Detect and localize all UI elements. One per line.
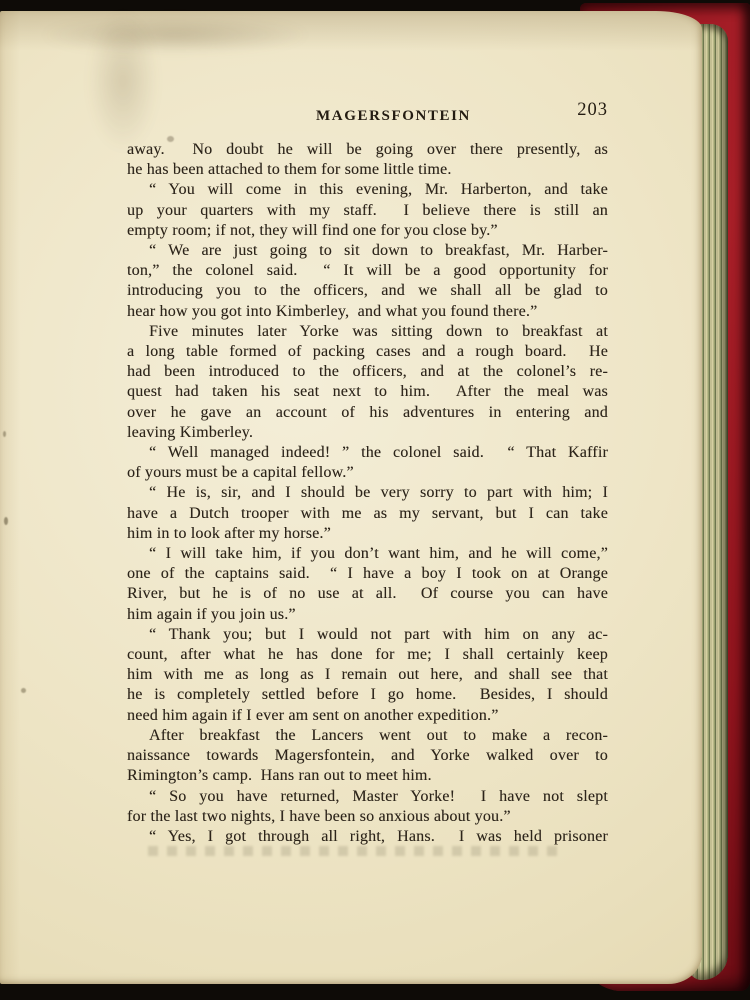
running-head: MAGERSFONTEIN 203	[127, 105, 608, 129]
text-line: hear how you got into Kimberley, and wha…	[127, 302, 608, 322]
scanned-book-photo: MAGERSFONTEIN 203 away. No doubt he will…	[0, 0, 750, 1000]
text-line: had been introduced to the officers, and…	[127, 362, 608, 382]
text-line: he is completely settled before I go hom…	[127, 685, 608, 705]
text-line: ton,” the colonel said. “ It will be a g…	[127, 261, 608, 281]
text-line: have a Dutch trooper with me as my serva…	[127, 504, 608, 524]
text-line: for the last two nights, I have been so …	[127, 807, 608, 827]
text-line: up your quarters with my staff. I believ…	[127, 201, 608, 221]
text-line: “ We are just going to sit down to break…	[127, 241, 608, 261]
chapter-running-title: MAGERSFONTEIN	[316, 108, 471, 125]
text-line: After breakfast the Lancers went out to …	[127, 726, 608, 746]
text-line: leaving Kimberley.	[127, 423, 608, 443]
book-page: MAGERSFONTEIN 203 away. No doubt he will…	[0, 11, 702, 984]
text-line: “ So you have returned, Master Yorke! I …	[127, 787, 608, 807]
page-shadow	[40, 16, 310, 54]
text-line: over he gave an account of his adventure…	[127, 403, 608, 423]
ink-spot	[4, 517, 8, 525]
body-text: away. No doubt he will be going over the…	[127, 140, 608, 847]
page-shadow	[88, 11, 158, 151]
page-number: 203	[577, 100, 608, 121]
text-line: “ Yes, I got through all right, Hans. I …	[127, 827, 608, 847]
text-line: of yours must be a capital fellow.”	[127, 463, 608, 483]
text-line: count, after what he has done for me; I …	[127, 645, 608, 665]
text-line: him again if you join us.”	[127, 605, 608, 625]
text-line: “ He is, sir, and I should be very sorry…	[127, 483, 608, 503]
text-line: “ You will come in this evening, Mr. Har…	[127, 180, 608, 200]
text-line: Rimington’s camp. Hans ran out to meet h…	[127, 766, 608, 786]
text-line: introducing you to the officers, and we …	[127, 281, 608, 301]
text-line: Five minutes later Yorke was sitting dow…	[127, 322, 608, 342]
text-line: River, but he is of no use at all. Of co…	[127, 584, 608, 604]
text-line: away. No doubt he will be going over the…	[127, 140, 608, 160]
ink-spot	[21, 688, 26, 693]
text-line: empty room; if not, they will find one f…	[127, 221, 608, 241]
text-line: one of the captains said. “ I have a boy…	[127, 564, 608, 584]
ink-spot	[3, 431, 6, 437]
show-through-text-mark	[148, 846, 558, 856]
ink-spot	[167, 136, 174, 142]
text-line: “ I will take him, if you don’t want him…	[127, 544, 608, 564]
text-line: him with me as long as I remain out here…	[127, 665, 608, 685]
text-line: a long table formed of packing cases and…	[127, 342, 608, 362]
text-line: naissance towards Magersfontein, and Yor…	[127, 746, 608, 766]
text-line: need him again if I ever am sent on anot…	[127, 706, 608, 726]
text-line: him in to look after my horse.”	[127, 524, 608, 544]
text-line: “ Well managed indeed! ” the colonel sai…	[127, 443, 608, 463]
text-line: “ Thank you; but I would not part with h…	[127, 625, 608, 645]
text-line: quest had taken his seat next to him. Af…	[127, 382, 608, 402]
text-line: he has been attached to them for some li…	[127, 160, 608, 180]
